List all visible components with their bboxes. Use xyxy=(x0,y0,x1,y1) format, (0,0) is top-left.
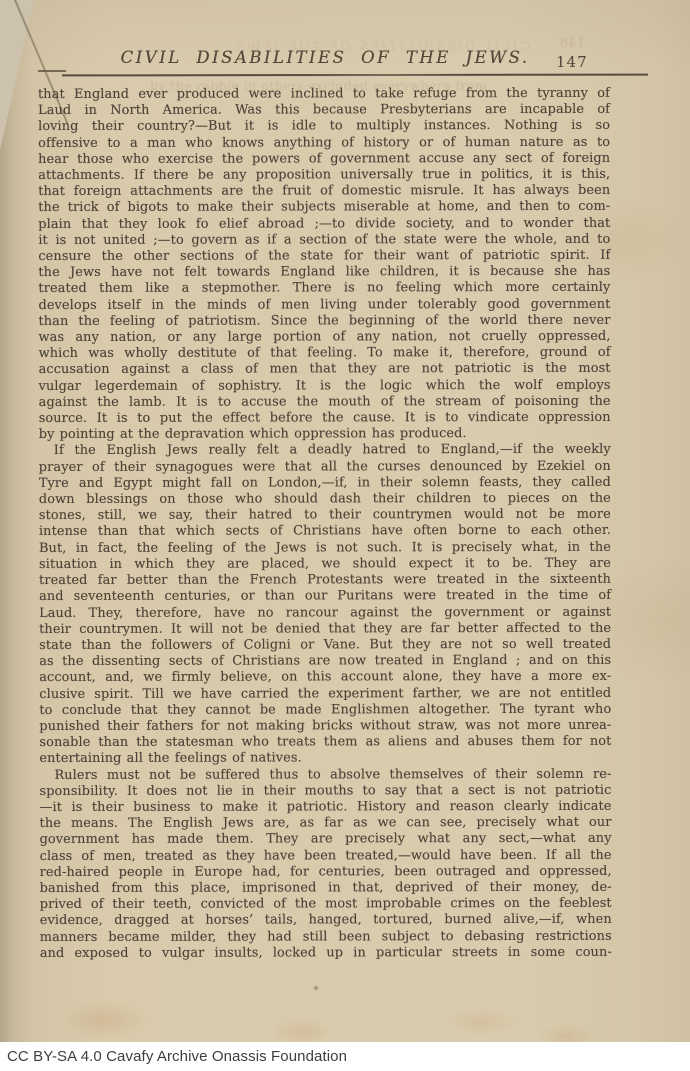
text-line: sonable than the statesman who treats th… xyxy=(39,734,611,751)
text-line: attachments. If there be any proposition… xyxy=(38,167,610,184)
text-line: Rulers must not be suffered thus to abso… xyxy=(39,766,611,783)
text-line: clusive spirit. Till we have carried the… xyxy=(39,685,611,702)
text-line: the Jews have not felt towards England l… xyxy=(38,264,610,281)
text-line: down blessings on those who should dash … xyxy=(39,491,611,508)
text-line: than the feeling of patriotism. Since th… xyxy=(38,313,610,330)
license-bar: CC BY-SA 4.0 Cavafy Archive Onassis Foun… xyxy=(0,1042,690,1071)
header-rule-stub xyxy=(38,70,66,72)
text-line: develops itself in the minds of men livi… xyxy=(38,296,610,313)
body-text: that England ever produced were inclined… xyxy=(38,86,612,962)
text-line: as the dissenting sects of Christians ar… xyxy=(39,653,611,670)
paragraph: If the English Jews really felt a deadly… xyxy=(39,442,612,767)
text-line: that England ever produced were inclined… xyxy=(38,86,610,103)
text-line: accusation against a class of men that t… xyxy=(39,361,611,378)
text-line: was any nation, or any large portion of … xyxy=(39,329,611,346)
text-line: plain that they look fo elief abroad ;—t… xyxy=(38,215,610,232)
page-corner-fold xyxy=(0,0,40,160)
text-line: Laud. They, therefore, have no rancour a… xyxy=(39,604,611,621)
text-line: which was wholly destitute of that feeli… xyxy=(39,345,611,362)
text-line: Laud in North America. Was this because … xyxy=(38,102,610,119)
text-line: government has made them. They are preci… xyxy=(40,831,612,848)
text-line: state than the followers of Coligni or V… xyxy=(39,637,611,654)
license-label: CC BY-SA 4.0 Cavafy Archive Onassis Foun… xyxy=(0,1042,690,1071)
text-line: their countrymen. It will not be denied … xyxy=(39,621,611,638)
text-line: account, and, we firmly believe, on this… xyxy=(39,669,611,686)
text-line: If the English Jews really felt a deadly… xyxy=(39,442,611,459)
text-line: banished from this place, imprisoned in … xyxy=(40,880,612,897)
text-line: punished their fathers for not making br… xyxy=(39,718,611,735)
header-rule xyxy=(62,74,648,77)
text-line: source. It is to put the effect before t… xyxy=(39,410,611,427)
text-line: sponsibility. It does not lie in their m… xyxy=(39,783,611,800)
text-line: treated far better than the French Prote… xyxy=(39,572,611,589)
text-line: by pointing at the depravation which opp… xyxy=(39,426,611,443)
text-line: stones, still, we say, their hatred to t… xyxy=(39,507,611,524)
text-line: intense than that which sects of Christi… xyxy=(39,523,611,540)
text-line: against the lamb. It is to accuse the mo… xyxy=(39,394,611,411)
text-line: —it is their business to make it patriot… xyxy=(39,799,611,816)
text-line: and exposed to vulgar insults, locked up… xyxy=(40,945,612,962)
text-line: situation in which they are placed, we s… xyxy=(39,556,611,573)
text-line: the trick of bigots to make their subjec… xyxy=(38,199,610,216)
text-line: vulgar legerdemain of sophistry. It is t… xyxy=(39,377,611,394)
text-line: prayer of their synagogues were that all… xyxy=(39,458,611,475)
text-line: the means. The English Jews are, as far … xyxy=(40,815,612,832)
text-line: Tyre and Egypt might fall on London,—if,… xyxy=(39,475,611,492)
paper-background: CIVIL DISABILITIES OF THE JEWS. 148 by t… xyxy=(0,0,690,1042)
text-line: that foreign attachments are the fruit o… xyxy=(38,183,610,200)
scanned-book-page: CIVIL DISABILITIES OF THE JEWS. 148 by t… xyxy=(0,0,690,1071)
text-line: treated them like a stepmother. There is… xyxy=(38,280,610,297)
text-line: class of men, treated as they have been … xyxy=(40,847,612,864)
running-head-title: CIVIL DISABILITIES OF THE JEWS. xyxy=(40,47,610,68)
text-line: censure the other sections of the state … xyxy=(38,248,610,265)
text-line: loving their country?—But it is idle to … xyxy=(38,118,610,135)
text-line: But, in fact, the feeling of the Jews is… xyxy=(39,539,611,556)
text-line: entertaining all the feelings of natives… xyxy=(39,750,611,767)
text-line: and seventeenth centuries, or than our P… xyxy=(39,588,611,605)
text-line: offensive to a man who knows anything of… xyxy=(38,134,610,151)
text-line: hear those who exercise the powers of go… xyxy=(38,151,610,168)
page-number: 147 xyxy=(556,53,588,71)
text-line: red-haired people in Europe had, for cen… xyxy=(40,864,612,881)
text-line: prived of their teeth, convicted of the … xyxy=(40,896,612,913)
text-line: evidence, dragged at horses’ tails, hang… xyxy=(40,912,612,929)
text-line: to conclude that they cannot be made Eng… xyxy=(39,702,611,719)
text-line: it is not united ;—to govern as if a sec… xyxy=(38,232,610,249)
text-line: manners became milder, they had still be… xyxy=(40,928,612,945)
paragraph: Rulers must not be suffered thus to abso… xyxy=(39,766,611,962)
paragraph: that England ever produced were inclined… xyxy=(38,86,611,444)
